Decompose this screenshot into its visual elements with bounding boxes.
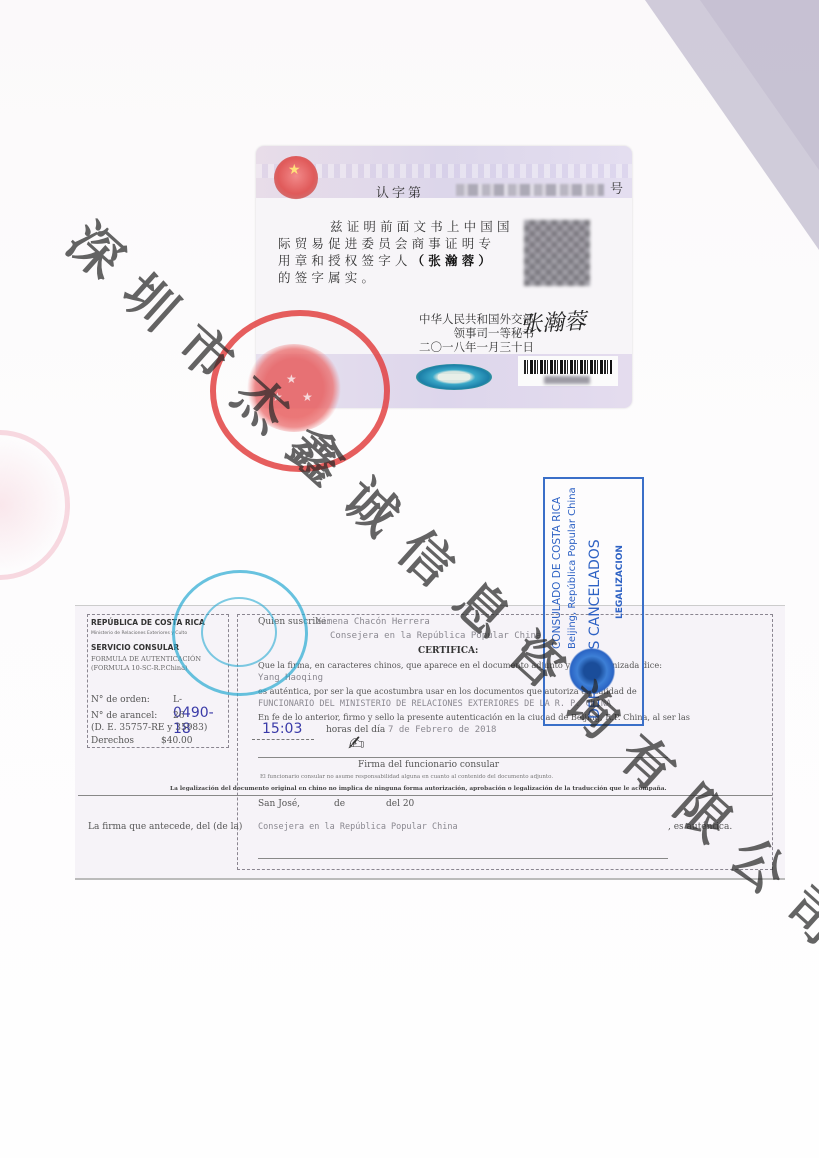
subscriber-title: Consejera en la República Popular China	[330, 631, 541, 641]
reference-number-redacted	[456, 184, 604, 196]
cert-line-2: 际贸易促进委员会商事证明专	[278, 235, 518, 252]
cert-line-1: 兹证明前面文书上中国国	[278, 218, 518, 235]
time-underline	[252, 739, 314, 740]
section-divider	[78, 795, 772, 796]
service-heading: SERVICIO CONSULAR	[91, 643, 179, 652]
fees-label: Derechos	[91, 736, 134, 746]
tariff-value: 26	[173, 711, 184, 721]
fees-row: Derechos $40.00	[91, 736, 134, 746]
official-signature: 张瀚蓉	[519, 304, 587, 338]
del-year-label: del 20	[386, 799, 414, 809]
reference-label: 认字第	[376, 182, 424, 201]
consular-signature: ✍	[348, 731, 365, 755]
signature-line	[258, 757, 668, 758]
order-number-row: N° de orden: L-0490-18	[91, 695, 150, 705]
barcode-number-redacted	[544, 376, 590, 384]
signatory-name: （张瀚蓉）	[412, 253, 496, 268]
san-jose-label: San José,	[258, 799, 300, 809]
preceding-signature-label: La firma que antecede, del (de la)	[88, 822, 242, 832]
reference-suffix: 号	[610, 178, 623, 197]
certification-text: 兹证明前面文书上中国国 际贸易促进委员会商事证明专 用章和授权签字人（张瀚蓉） …	[278, 218, 518, 286]
national-emblem-icon	[274, 156, 318, 200]
time-handwritten: 15:03	[262, 721, 302, 737]
tariff-row: N° de arancel: 26	[91, 711, 157, 721]
subscriber-name: Ximena Chacón Herrera	[316, 617, 430, 627]
decree-reference: (D. E. 35757-RE y 35983)	[91, 723, 207, 733]
cert-line-4: 的签字属实。	[278, 269, 518, 286]
blue-consular-seal	[172, 570, 308, 696]
barcode-bars	[524, 360, 612, 374]
stamp-city: Beijing, República Popular China	[567, 487, 578, 649]
certifica-heading: CERTIFICA:	[418, 646, 478, 656]
hologram-icon	[416, 364, 492, 390]
watermark-char: 司	[772, 867, 819, 958]
seal-inner-ring	[201, 597, 277, 667]
barcode	[518, 356, 618, 386]
watermark-char: 诚	[330, 458, 419, 549]
watermark-char: 信	[385, 509, 474, 600]
date-value: 7 de Febrero de 2018	[388, 725, 496, 735]
legal-note: La legalización del documento original e…	[170, 786, 667, 792]
watermark-char: 圳	[109, 253, 198, 344]
cert-line-3: 用章和授权签字人	[278, 253, 412, 268]
signature-label: Firma del funcionario consular	[358, 760, 499, 770]
qr-code-redacted	[524, 220, 590, 286]
fees-value: $40.00	[161, 736, 193, 746]
issuer-title: 领事司一等秘书	[344, 326, 534, 340]
de-label: de	[334, 799, 345, 809]
preceding-signature-value: Consejera en la República Popular China	[258, 822, 458, 832]
stamp-legalization: LEGALIZACION	[615, 545, 625, 619]
order-prefix: L-	[173, 695, 182, 705]
bottom-signature-line	[258, 858, 668, 859]
issuer-ministry: 中华人民共和国外交部	[344, 312, 534, 326]
tariff-label: N° de arancel:	[91, 711, 157, 721]
order-label: N° de orden:	[91, 695, 150, 705]
watermark-char: 深	[54, 202, 143, 293]
faint-red-seal	[0, 430, 70, 580]
document-page: 认字第 号 兹证明前面文书上中国国 际贸易促进委员会商事证明专 用章和授权签字人…	[0, 0, 819, 1158]
disclaimer-text: El funcionario consular no asume respons…	[260, 774, 553, 780]
